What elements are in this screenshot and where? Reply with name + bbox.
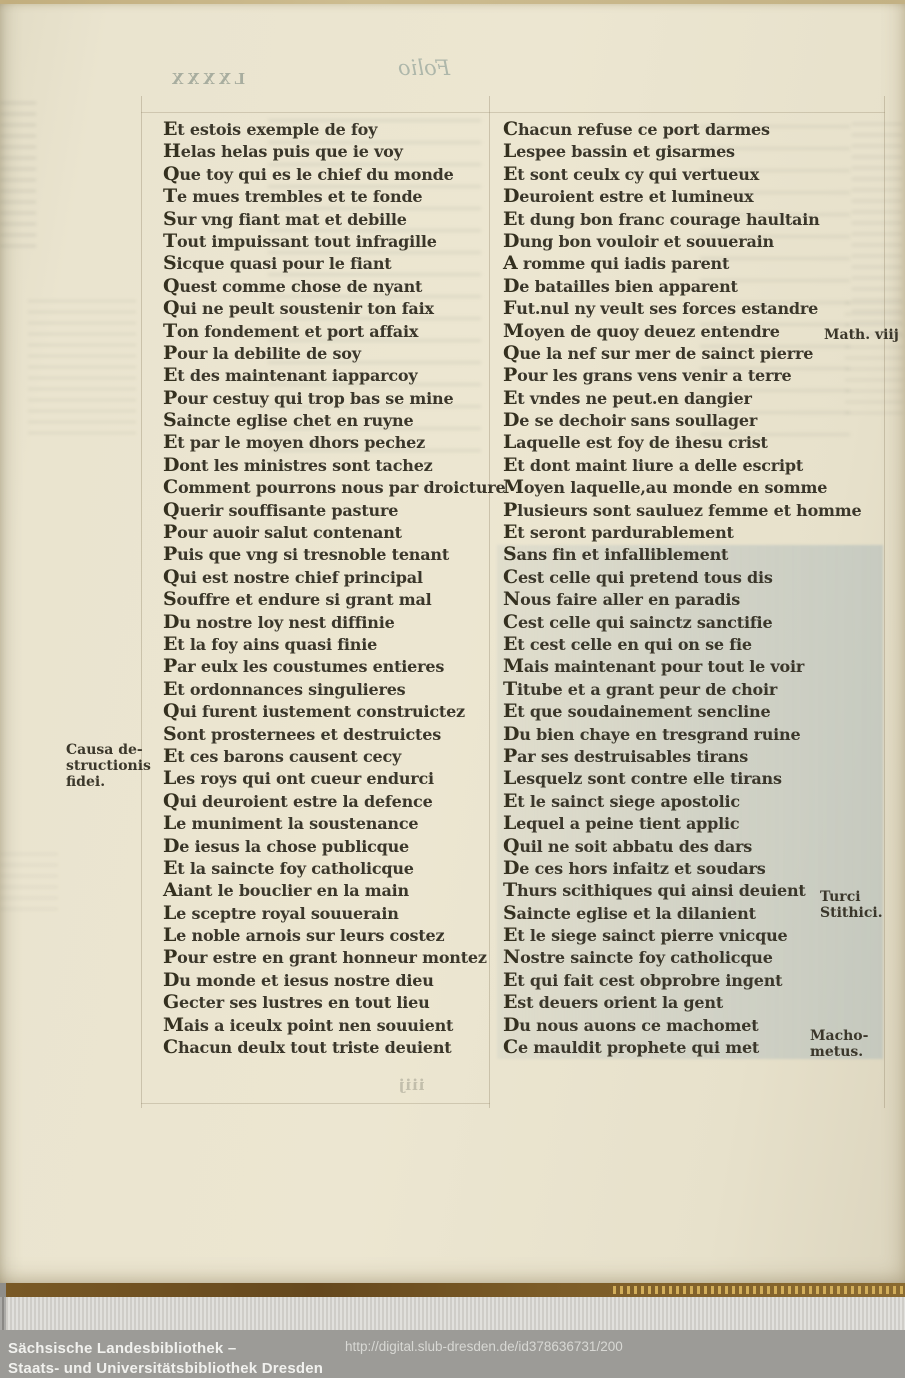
verse-line: Et le siege sainct pierre vnicque (503, 924, 885, 946)
verse-line: Chacun refuse ce port darmes (503, 118, 885, 140)
margin-note-line: Math. viij (824, 327, 904, 343)
verse-line: Qui ne peult soustenir ton faix (163, 297, 495, 319)
verse-line: Plusieurs sont sauluez femme et homme (503, 499, 885, 521)
library-name-line2: Staats- und Universitätsbibliothek Dresd… (8, 1359, 323, 1378)
verse-line: Pour les grans vens venir a terre (503, 364, 885, 386)
verse-line: Par eulx les coustumes entieres (163, 655, 495, 677)
verse-line: Qui deuroient estre la defence (163, 790, 495, 812)
verse-line: Que toy qui es le chief du monde (163, 163, 495, 185)
verse-line: Que la nef sur mer de sainct pierre (503, 342, 885, 364)
verse-line: Pour auoir salut contenant (163, 521, 495, 543)
verse-line: Cest celle qui sainctz sanctifie (503, 611, 885, 633)
verse-line: Et seront pardurablement (503, 521, 885, 543)
margin-note-line: Turci (820, 889, 900, 905)
verse-line: Par ses destruisables tirans (503, 745, 885, 767)
folio-word-ghost: Folio (398, 56, 450, 80)
showthrough-margin-smudge (0, 95, 36, 247)
library-footer-bar: Sächsische Landesbibliothek – Staats- un… (0, 1330, 905, 1378)
scan-root: LXXXX Folio Et estois exemple de foyHela… (0, 0, 905, 1378)
library-name-line1: Sächsische Landesbibliothek – (8, 1339, 323, 1359)
verse-line: Nous faire aller en paradis (503, 588, 885, 610)
verse-line: Et vndes ne peut.en dangier (503, 387, 885, 409)
verse-line: Nostre saincte foy catholicque (503, 946, 885, 968)
verse-line: Fut.nul ny veult ses forces estandre (503, 297, 885, 319)
verse-line: Sicque quasi pour le fiant (163, 252, 495, 274)
verse-line: Qui est nostre chief principal (163, 566, 495, 588)
verse-line: Et la foy ains quasi finie (163, 633, 495, 655)
verse-line: Et ordonnances singulieres (163, 678, 495, 700)
verse-line: Sans fin et infalliblement (503, 543, 885, 565)
scan-url: http://digital.slub-dresden.de/id3786367… (345, 1339, 623, 1354)
scan-bed-fabric (0, 1297, 905, 1330)
margin-note-causa-destructionis: Causa de-structionisfidei. (66, 742, 166, 790)
frame-rule-left (141, 96, 142, 1108)
verse-line: Cest celle qui pretend tous dis (503, 566, 885, 588)
verse-line: Moyen laquelle,au monde en somme (503, 476, 885, 498)
verse-line: Et des maintenant iapparcoy (163, 364, 495, 386)
verse-line: Gecter ses lustres en tout lieu (163, 991, 495, 1013)
verse-line: Quil ne soit abbatu des dars (503, 835, 885, 857)
verse-line: A romme qui iadis parent (503, 252, 885, 274)
verse-line: Du nostre loy nest diffinie (163, 611, 495, 633)
verse-line: Est deuers orient la gent (503, 991, 885, 1013)
frame-rule-bottom (141, 1103, 490, 1104)
margin-note-math-viij: Math. viij (824, 327, 904, 343)
verse-line: Tout impuissant tout infragille (163, 230, 495, 252)
verse-line: Souffre et endure si grant mal (163, 588, 495, 610)
verse-line: Querir souffisante pasture (163, 499, 495, 521)
verse-line: Et dont maint liure a delle escript (503, 454, 885, 476)
verse-line: Et cest celle en qui on se fie (503, 633, 885, 655)
verse-line: Le muniment la soustenance (163, 812, 495, 834)
library-name: Sächsische Landesbibliothek – Staats- un… (8, 1339, 323, 1378)
verse-line: Te mues trembles et te fonde (163, 185, 495, 207)
verse-line: Dung bon vouloir et souuerain (503, 230, 885, 252)
verse-line: Et la saincte foy catholicque (163, 857, 495, 879)
verse-line: Et ces barons causent cecy (163, 745, 495, 767)
verse-line: Et le sainct siege apostolic (503, 790, 885, 812)
book-gilt-edge (0, 1283, 905, 1297)
margin-note-machometus: Macho-metus. (810, 1028, 900, 1060)
margin-note-line: Causa de- (66, 742, 166, 758)
verse-column-left: Et estois exemple de foyHelas helas puis… (163, 118, 495, 1058)
margin-note-line: Macho- (810, 1028, 900, 1044)
verse-line: Et sont ceulx cy qui vertueux (503, 163, 885, 185)
verse-line: Pour cestuy qui trop bas se mine (163, 387, 495, 409)
verse-line: Aiant le bouclier en la main (163, 879, 495, 901)
verse-line: Les roys qui ont cueur endurci (163, 767, 495, 789)
verse-line: Saincte eglise chet en ruyne (163, 409, 495, 431)
verse-line: Deuroient estre et lumineux (503, 185, 885, 207)
verse-line: Qui furent iustement construictez (163, 700, 495, 722)
verse-line: Du bien chaye en tresgrand ruine (503, 723, 885, 745)
margin-note-turci-scithici: TurciStithici. (820, 889, 900, 921)
verse-line: Et estois exemple de foy (163, 118, 495, 140)
signature-mark-ghost: iiij (398, 1076, 425, 1094)
verse-line: Dont les ministres sont tachez (163, 454, 495, 476)
verse-line: Quest comme chose de nyant (163, 275, 495, 297)
verse-line: Puis que vng si tresnoble tenant (163, 543, 495, 565)
frame-rule-top (141, 112, 885, 113)
verse-line: Pour la debilite de soy (163, 342, 495, 364)
verse-line: De iesus la chose publicque (163, 835, 495, 857)
margin-note-line: fidei. (66, 774, 166, 790)
manuscript-page: LXXXX Folio Et estois exemple de foyHela… (0, 0, 905, 1283)
verse-line: De batailles bien apparent (503, 275, 885, 297)
verse-line: Le noble arnois sur leurs costez (163, 924, 495, 946)
verse-line: Sont prosternees et destruictes (163, 723, 495, 745)
verse-line: Laquelle est foy de ihesu crist (503, 431, 885, 453)
verse-line: Comment pourrons nous par droicture (163, 476, 495, 498)
verse-line: Ton fondement et port affaix (163, 320, 495, 342)
verse-line: Chacun deulx tout triste deuient (163, 1036, 495, 1058)
showthrough-margin-smudge (0, 848, 58, 910)
verse-line: Et par le moyen dhors pechez (163, 431, 495, 453)
verse-line: Pour estre en grant honneur montez (163, 946, 495, 968)
verse-line: Et que soudainement sencline (503, 700, 885, 722)
verse-line: Titube et a grant peur de choir (503, 678, 885, 700)
verse-line: De ces hors infaitz et soudars (503, 857, 885, 879)
folio-number-ghost: LXXXX (168, 70, 245, 88)
verse-line: Mais maintenant pour tout le voir (503, 655, 885, 677)
verse-line: Lequel a peine tient applic (503, 812, 885, 834)
verse-line: Sur vng fiant mat et debille (163, 208, 495, 230)
verse-line: Mais a iceulx point nen souuient (163, 1014, 495, 1036)
margin-note-line: metus. (810, 1044, 900, 1060)
verse-line: Helas helas puis que ie voy (163, 140, 495, 162)
verse-line: Du monde et iesus nostre dieu (163, 969, 495, 991)
verse-line: Lespee bassin et gisarmes (503, 140, 885, 162)
verse-line: De se dechoir sans soullager (503, 409, 885, 431)
showthrough-margin-smudge (28, 296, 136, 434)
verse-line: Le sceptre royal souuerain (163, 902, 495, 924)
verse-line: Et qui fait cest obprobre ingent (503, 969, 885, 991)
verse-line: Et dung bon franc courage haultain (503, 208, 885, 230)
margin-note-line: Stithici. (820, 905, 900, 921)
verse-line: Lesquelz sont contre elle tirans (503, 767, 885, 789)
margin-note-line: structionis (66, 758, 166, 774)
